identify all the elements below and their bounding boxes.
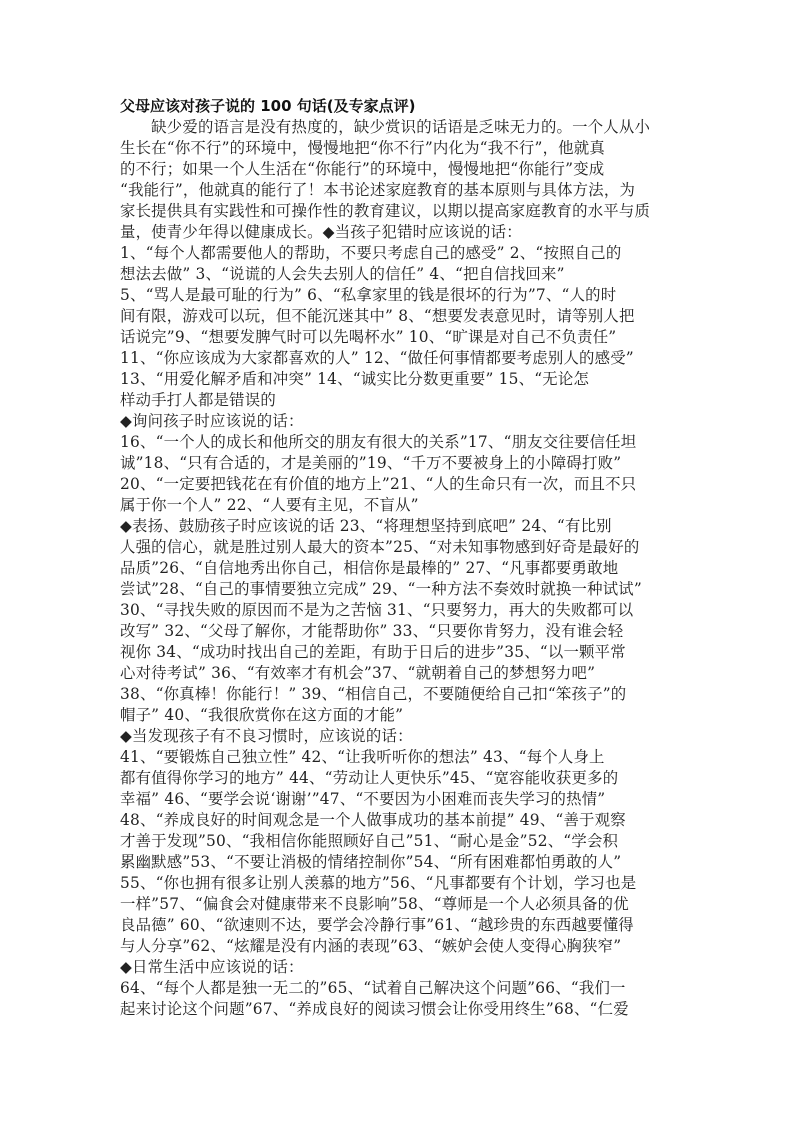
document-body: 缺少爱的语言是没有热度的，缺少赏识的话语是乏味无力的。一个人从小 生长在“你不行… [120,117,680,1020]
section-heading: ◆当发现孩子有不良习惯时，应该说的话： [120,726,680,747]
body-line: 20、“一定要把钱花在有价值的地方上”21、“人的生命只有一次，而且不只 [120,474,680,495]
body-line: 样动手打人都是错误的 [120,390,680,411]
body-line: 13、“用爱化解矛盾和冲突” 14、“诚实比分数更重要” 15、“无论怎 [120,369,680,390]
body-line: 41、“要锻炼自己独立性” 42、“让我听听你的想法” 43、“每个人身上 [120,747,680,768]
body-line: 想法去做” 3、“说谎的人会失去别人的信任” 4、“把自信找回来” [120,264,680,285]
body-line: “我能行”，他就真的能行了！本书论述家庭教育的基本原则与具体方法，为 [120,180,680,201]
body-line: 品质”26、“自信地秀出你自己，相信你是最棒的” 27、“凡事都要勇敢地 [120,558,680,579]
body-line: 帽子” 40、“我很欣赏你在这方面的才能” [120,705,680,726]
body-line: 视你 34、“成功时找出自己的差距，有助于日后的进步”35、“以一颗平常 [120,642,680,663]
body-line: 心对待考试” 36、“有效率才有机会”37、“就朝着自己的梦想努力吧” [120,663,680,684]
body-line: 都有值得你学习的地方” 44、“劳动让人更快乐”45、“宽容能收获更多的 [120,768,680,789]
body-line: 改写” 32、“父母了解你，才能帮助你” 33、“只要你肯努力，没有谁会轻 [120,621,680,642]
body-line: 生长在“你不行”的环境中，慢慢地把“你不行”内化为“我不行”，他就真 [120,138,680,159]
body-line: 30、“寻找失败的原因而不是为之苦恼 31、“只要努力，再大的失败都可以 [120,600,680,621]
body-line: 55、“你也拥有很多让别人羡慕的地方”56、“凡事都要有个计划，学习也是 [120,873,680,894]
body-line: 尝试”28、“自己的事情要独立完成” 29、“一种方法不奏效时就换一种试试” [120,579,680,600]
body-line: 48、“养成良好的时间观念是一个人做事成功的基本前提” 49、“善于观察 [120,810,680,831]
body-line: 的不行；如果一个人生活在“你能行”的环境中，慢慢地把“你能行”变成 [120,159,680,180]
body-line: 人强的信心，就是胜过别人最大的资本”25、“对未知事物感到好奇是最好的 [120,537,680,558]
section-heading: ◆询问孩子时应该说的话： [120,411,680,432]
body-line: 累幽默感”53、“不要让消极的情绪控制你”54、“所有困难都怕勇敢的人” [120,852,680,873]
body-line: 诚”18、“只有合适的，才是美丽的”19、“千万不要被身上的小障碍打败” [120,453,680,474]
body-line: 11、“你应该成为大家都喜欢的人” 12、“做任何事情都要考虑别人的感受” [120,348,680,369]
body-line: 幸福” 46、“要学会说‘谢谢’”47、“不要因为小困难而丧失学习的热情” [120,789,680,810]
body-line: 间有限，游戏可以玩，但不能沉迷其中” 8、“想要发表意见时，请等别人把 [120,306,680,327]
body-line: 1、“每个人都需要他人的帮助，不要只考虑自己的感受” 2、“按照自己的 [120,243,680,264]
body-line: 起来讨论这个问题”67、“养成良好的阅读习惯会让你受用终生”68、“仁爱 [120,999,680,1020]
body-line: 才善于发现”50、“我相信你能照顾好自己”51、“耐心是金”52、“学会积 [120,831,680,852]
body-line: 5、“骂人是最可耻的行为” 6、“私拿家里的钱是很坏的行为”7、“人的时 [120,285,680,306]
section-heading: ◆表扬、鼓励孩子时应该说的话 23、“将理想坚持到底吧” 24、“有比别 [120,516,680,537]
document-title: 父母应该对孩子说的 100 句话(及专家点评) [120,96,680,117]
section-heading: ◆日常生活中应该说的话： [120,957,680,978]
body-line: 缺少爱的语言是没有热度的，缺少赏识的话语是乏味无力的。一个人从小 [120,117,680,138]
body-line: 16、“一个人的成长和他所交的朋友有很大的关系”17、“朋友交往要信任坦 [120,432,680,453]
body-line: 一样”57、“偏食会对健康带来不良影响”58、“尊师是一个人必须具备的优 [120,894,680,915]
body-line: 家长提供具有实践性和可操作性的教育建议，以期以提高家庭教育的水平与质 [120,201,680,222]
body-line: 64、“每个人都是独一无二的”65、“试着自己解决这个问题”66、“我们一 [120,978,680,999]
body-line: 与人分享”62、“炫耀是没有内涵的表现”63、“嫉妒会使人变得心胸狭窄” [120,936,680,957]
body-line: 话说完”9、“想要发脾气时可以先喝杯水” 10、“旷课是对自己不负责任” [120,327,680,348]
body-line: 量，使青少年得以健康成长。◆当孩子犯错时应该说的话： [120,222,680,243]
body-line: 属于你一个人” 22、“人要有主见，不盲从” [120,495,680,516]
body-line: 良品德” 60、“欲速则不达，要学会冷静行事”61、“越珍贵的东西越要懂得 [120,915,680,936]
document-page: 父母应该对孩子说的 100 句话(及专家点评) 缺少爱的语言是没有热度的，缺少赏… [120,96,680,1020]
body-line: 38、“你真棒！你能行！” 39、“相信自己，不要随便给自己扣“笨孩子”的 [120,684,680,705]
